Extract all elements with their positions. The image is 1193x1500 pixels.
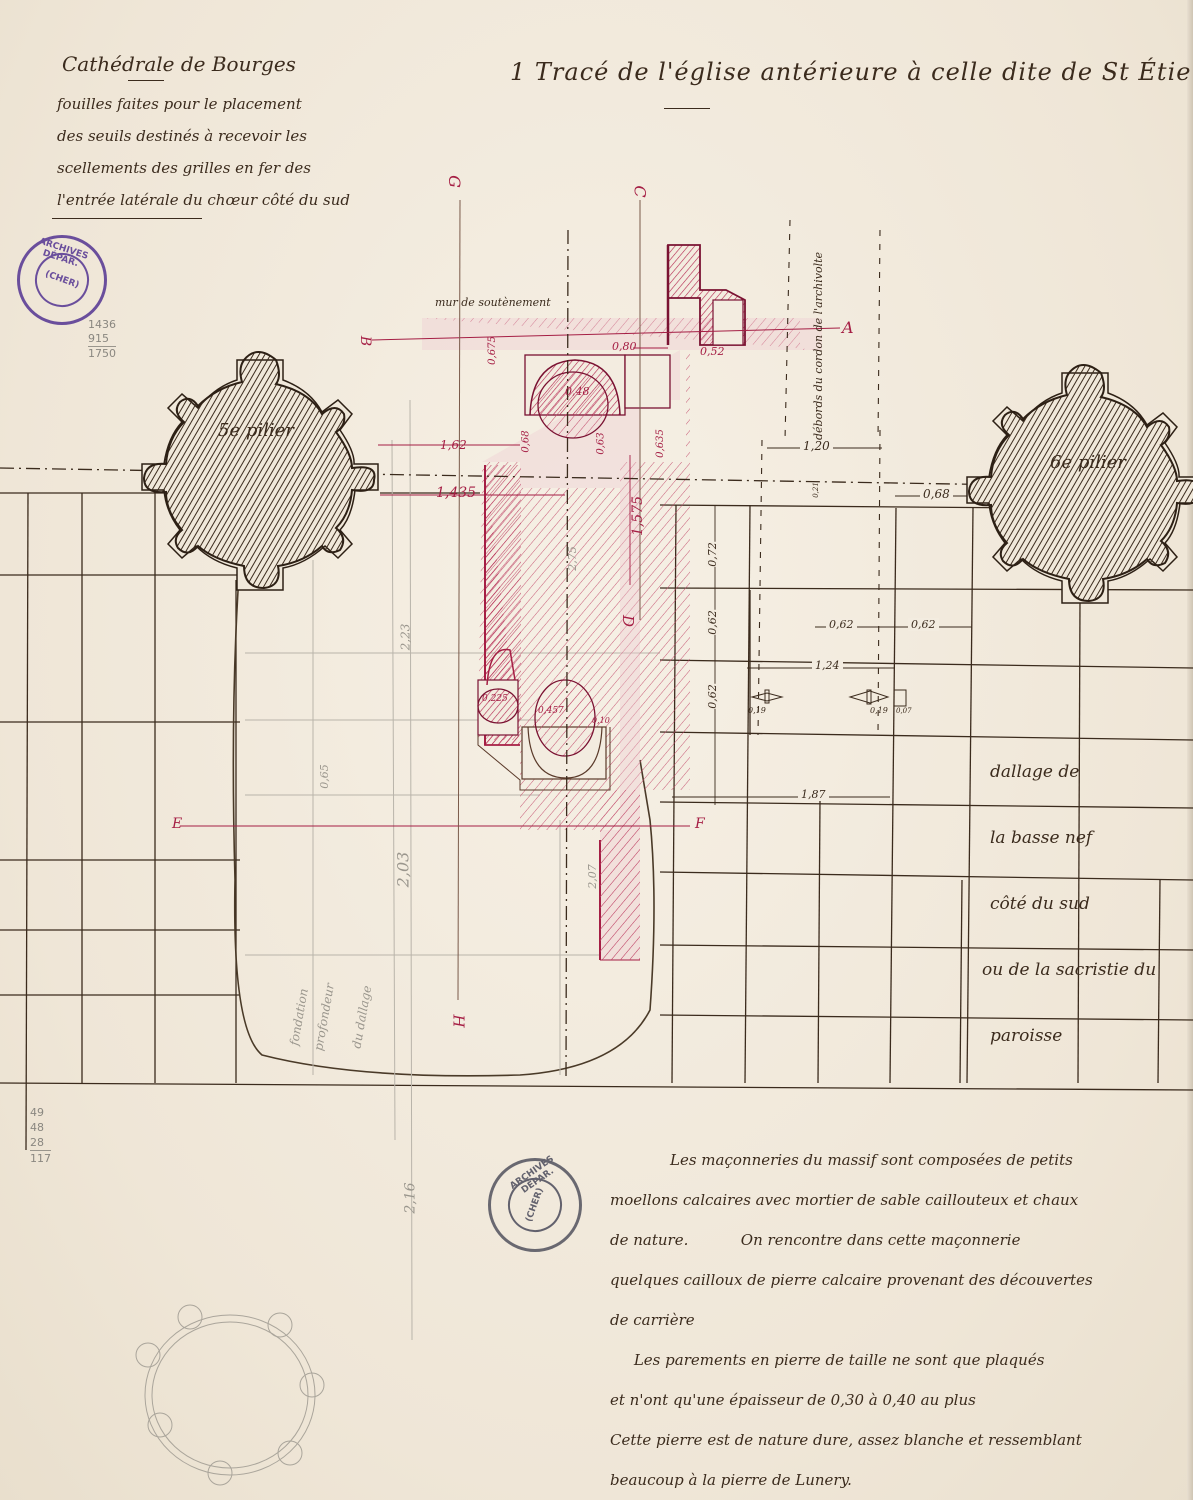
dim-label: 0,21: [812, 482, 820, 498]
dim-label: 0,635: [655, 429, 666, 458]
pillar-5: [142, 352, 378, 590]
dim-label: 0,68: [521, 430, 532, 452]
dim-label: 0,675: [487, 336, 498, 365]
dim-label: 1,87: [798, 788, 829, 801]
section-marker-e: E: [172, 816, 182, 832]
note-line: Les maçonneries du massif sont composées…: [610, 1140, 1093, 1180]
note-line: beaucoup à la pierre de Lunery.: [610, 1460, 1093, 1500]
section-marker-f: F: [695, 816, 705, 832]
dim-label: 0,62: [706, 610, 719, 635]
section-marker-g: G: [445, 175, 464, 188]
section-marker-b: B: [357, 336, 373, 346]
note-line: de nature. On rencontre dans cette maçon…: [610, 1220, 1093, 1260]
vertical-cordon-note: débords du cordon de l'archivolte: [812, 252, 825, 440]
side-note-line: paroisse: [990, 1026, 1156, 1092]
dim-label: 0,68: [920, 487, 953, 501]
side-note-line: la basse nef: [990, 828, 1156, 894]
dim-label: 2,03: [393, 852, 412, 888]
side-note-line: côté du sud: [990, 894, 1156, 960]
dim-label: 0,63: [596, 432, 607, 454]
note-line: quelques cailloux de pierre calcaire pro…: [610, 1260, 1093, 1300]
side-notes: dallage de la basse nef côté du sud ou d…: [990, 762, 1156, 1092]
dim-label: 0,72: [706, 542, 719, 567]
dim-label: 1,435: [436, 485, 476, 501]
note-line: de carrière: [610, 1300, 1093, 1340]
dim-label: 0,19: [748, 706, 766, 715]
side-note-line: ou de la sacristie du: [982, 960, 1156, 1026]
wall-label: mur de soutènement: [435, 296, 551, 309]
dim-label: 0,80: [612, 340, 637, 353]
section-marker-d: D: [619, 615, 637, 627]
dim-label: 0,225: [482, 694, 508, 704]
dim-label: 0,52: [700, 345, 725, 358]
note-line: Cette pierre est de nature dure, assez b…: [610, 1420, 1093, 1460]
dim-label: 0,07: [896, 707, 912, 715]
masonry-description: Les maçonneries du massif sont composées…: [610, 1140, 1093, 1500]
dim-label: 1,20: [800, 439, 833, 453]
dim-label: 0,19: [870, 706, 888, 715]
dim-label: 2,23: [398, 624, 412, 651]
note-line: moellons calcaires avec mortier de sable…: [610, 1180, 1093, 1220]
section-marker-a: A: [842, 318, 854, 337]
dim-label: 0,62: [706, 684, 719, 709]
note-line: Les parements en pierre de taille ne son…: [610, 1340, 1093, 1380]
dim-label: 0,62: [826, 618, 857, 631]
dim-label: 2,07: [586, 864, 599, 889]
note-line: et n'ont qu'une épaisseur de 0,30 à 0,40…: [610, 1380, 1093, 1420]
pencil-pillar-sketch: [136, 1305, 324, 1485]
dim-label: 1,62: [440, 438, 467, 452]
post-markers: [752, 690, 906, 706]
pillar-6-label: 6e pilier: [1050, 452, 1126, 473]
dim-label: 0,10: [592, 716, 610, 725]
dim-label: 0,62: [908, 618, 939, 631]
dim-label: 1,575: [630, 496, 646, 536]
section-marker-c: C: [631, 185, 650, 197]
dim-label: 0,48: [565, 385, 590, 398]
pillar-6: [967, 365, 1193, 603]
dim-label: 0,65: [318, 764, 331, 789]
pillar-5-label: 5e pilier: [218, 420, 294, 441]
section-marker-h: H: [450, 1014, 468, 1027]
dim-label: 2,16: [403, 1182, 419, 1213]
dim-label: 0,457: [538, 706, 564, 716]
dim-label: 2,75: [566, 546, 579, 571]
dim-label: 1,24: [812, 659, 843, 672]
side-note-line: dallage de: [990, 762, 1156, 828]
